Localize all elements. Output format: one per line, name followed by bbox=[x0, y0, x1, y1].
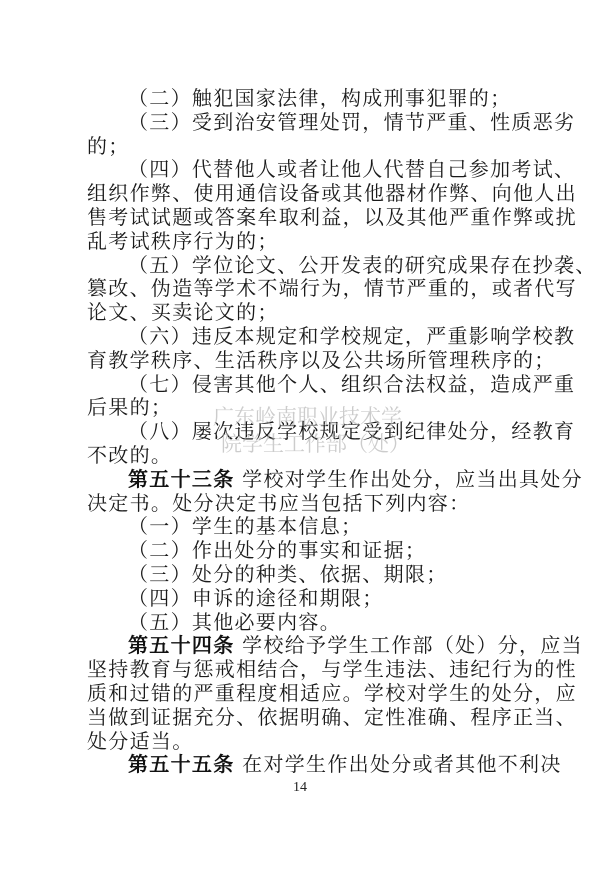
line-text: 育教学秩序、生活秩序以及公共场所管理秩序的； bbox=[87, 348, 556, 372]
text-line: 决定书。处分决定书应当包括下列内容： bbox=[87, 492, 515, 516]
line-text: 处分适当。 bbox=[87, 729, 194, 753]
line-text: 坚持教育与惩戒相结合，与学生违法、违纪行为的性 bbox=[87, 657, 577, 681]
page-number: 14 bbox=[0, 780, 600, 796]
text-line: 育教学秩序、生活秩序以及公共场所管理秩序的； bbox=[87, 349, 515, 373]
line-text: （五）学位论文、公开发表的研究成果存在抄袭、 bbox=[128, 253, 597, 277]
article-heading-line: 第五十五条 在对学生作出处分或者其他不利决 bbox=[87, 753, 515, 777]
line-text: （三）受到治安管理处罚，情节严重、性质恶劣 bbox=[128, 110, 575, 134]
article-number: 第五十五条 bbox=[128, 752, 235, 776]
line-text: 学校给予学生工作部（处）分，应当 bbox=[235, 633, 583, 657]
line-text: 决定书。处分决定书应当包括下列内容： bbox=[87, 491, 470, 515]
text-line: 质和过错的严重程度相适应。学校对学生的处分，应 bbox=[87, 682, 515, 706]
line-text: 乱考试秩序行为的； bbox=[87, 229, 279, 253]
text-line: 乱考试秩序行为的； bbox=[87, 230, 515, 254]
line-text: 后果的； bbox=[87, 395, 172, 419]
text-line: 篡改、伪造等学术不端行为，情节严重的，或者代写 bbox=[87, 277, 515, 301]
article-heading-line: 第五十三条 学校对学生作出处分，应当出具处分 bbox=[87, 468, 515, 492]
text-line: （一）学生的基本信息； bbox=[87, 515, 515, 539]
text-line: （二）作出处分的事实和证据； bbox=[87, 539, 515, 563]
line-text: 不改的。 bbox=[87, 443, 172, 467]
text-line: （四）代替他人或者让他人代替自己参加考试、 bbox=[87, 158, 515, 182]
text-line: 组织作弊、使用通信设备或其他器材作弊、向他人出 bbox=[87, 182, 515, 206]
line-text: 学校对学生作出处分，应当出具处分 bbox=[235, 467, 583, 491]
text-line: （四）申诉的途径和期限； bbox=[87, 587, 515, 611]
text-line: （二）触犯国家法律，构成刑事犯罪的； bbox=[87, 87, 515, 111]
article-number: 第五十四条 bbox=[128, 633, 235, 657]
text-line: 不改的。 bbox=[87, 444, 515, 468]
line-text: （四）申诉的途径和期限； bbox=[128, 586, 384, 610]
text-line: （五）其他必要内容。 bbox=[87, 611, 515, 635]
line-text: （四）代替他人或者让他人代替自己参加考试、 bbox=[128, 157, 575, 181]
text-line: 售考试试题或答案牟取利益，以及其他严重作弊或扰 bbox=[87, 206, 515, 230]
line-text: 售考试试题或答案牟取利益，以及其他严重作弊或扰 bbox=[87, 205, 577, 229]
line-text: （一）学生的基本信息； bbox=[128, 514, 362, 538]
article-heading-line: 第五十四条 学校给予学生工作部（处）分，应当 bbox=[87, 634, 515, 658]
text-line: （八）屡次违反学校规定受到纪律处分，经教育 bbox=[87, 420, 515, 444]
article-number: 第五十三条 bbox=[128, 467, 235, 491]
line-text: （三）处分的种类、依据、期限； bbox=[128, 562, 448, 586]
line-text: （六）违反本规定和学校规定，严重影响学校教 bbox=[128, 324, 575, 348]
line-text: 在对学生作出处分或者其他不利决 bbox=[235, 752, 562, 776]
text-line: 后果的； bbox=[87, 396, 515, 420]
text-line: （六）违反本规定和学校规定，严重影响学校教 bbox=[87, 325, 515, 349]
text-line: （七）侵害其他个人、组织合法权益，造成严重 bbox=[87, 373, 515, 397]
line-text: （五）其他必要内容。 bbox=[128, 610, 341, 634]
text-line: （三）处分的种类、依据、期限； bbox=[87, 563, 515, 587]
line-text: 组织作弊、使用通信设备或其他器材作弊、向他人出 bbox=[87, 181, 577, 205]
line-text: （八）屡次违反学校规定受到纪律处分，经教育 bbox=[128, 419, 575, 443]
line-text: （二）作出处分的事实和证据； bbox=[128, 538, 426, 562]
text-line: 的； bbox=[87, 135, 515, 159]
line-text: 的； bbox=[87, 134, 130, 158]
line-text: （七）侵害其他个人、组织合法权益，造成严重 bbox=[128, 372, 575, 396]
line-text: 当做到证据充分、依据明确、定性准确、程序正当、 bbox=[87, 705, 577, 729]
text-line: 当做到证据充分、依据明确、定性准确、程序正当、 bbox=[87, 706, 515, 730]
text-line: 论文、买卖论文的； bbox=[87, 301, 515, 325]
line-text: （二）触犯国家法律，构成刑事犯罪的； bbox=[128, 86, 511, 110]
text-line: 处分适当。 bbox=[87, 730, 515, 754]
text-line: （三）受到治安管理处罚，情节严重、性质恶劣 bbox=[87, 111, 515, 135]
text-line: （五）学位论文、公开发表的研究成果存在抄袭、 bbox=[87, 254, 515, 278]
document-body: （二）触犯国家法律，构成刑事犯罪的；（三）受到治安管理处罚，情节严重、性质恶劣的… bbox=[87, 87, 515, 777]
line-text: 篡改、伪造等学术不端行为，情节严重的，或者代写 bbox=[87, 276, 577, 300]
line-text: 质和过错的严重程度相适应。学校对学生的处分，应 bbox=[87, 681, 577, 705]
document-page: （二）触犯国家法律，构成刑事犯罪的；（三）受到治安管理处罚，情节严重、性质恶劣的… bbox=[0, 0, 600, 873]
line-text: 论文、买卖论文的； bbox=[87, 300, 279, 324]
text-line: 坚持教育与惩戒相结合，与学生违法、违纪行为的性 bbox=[87, 658, 515, 682]
